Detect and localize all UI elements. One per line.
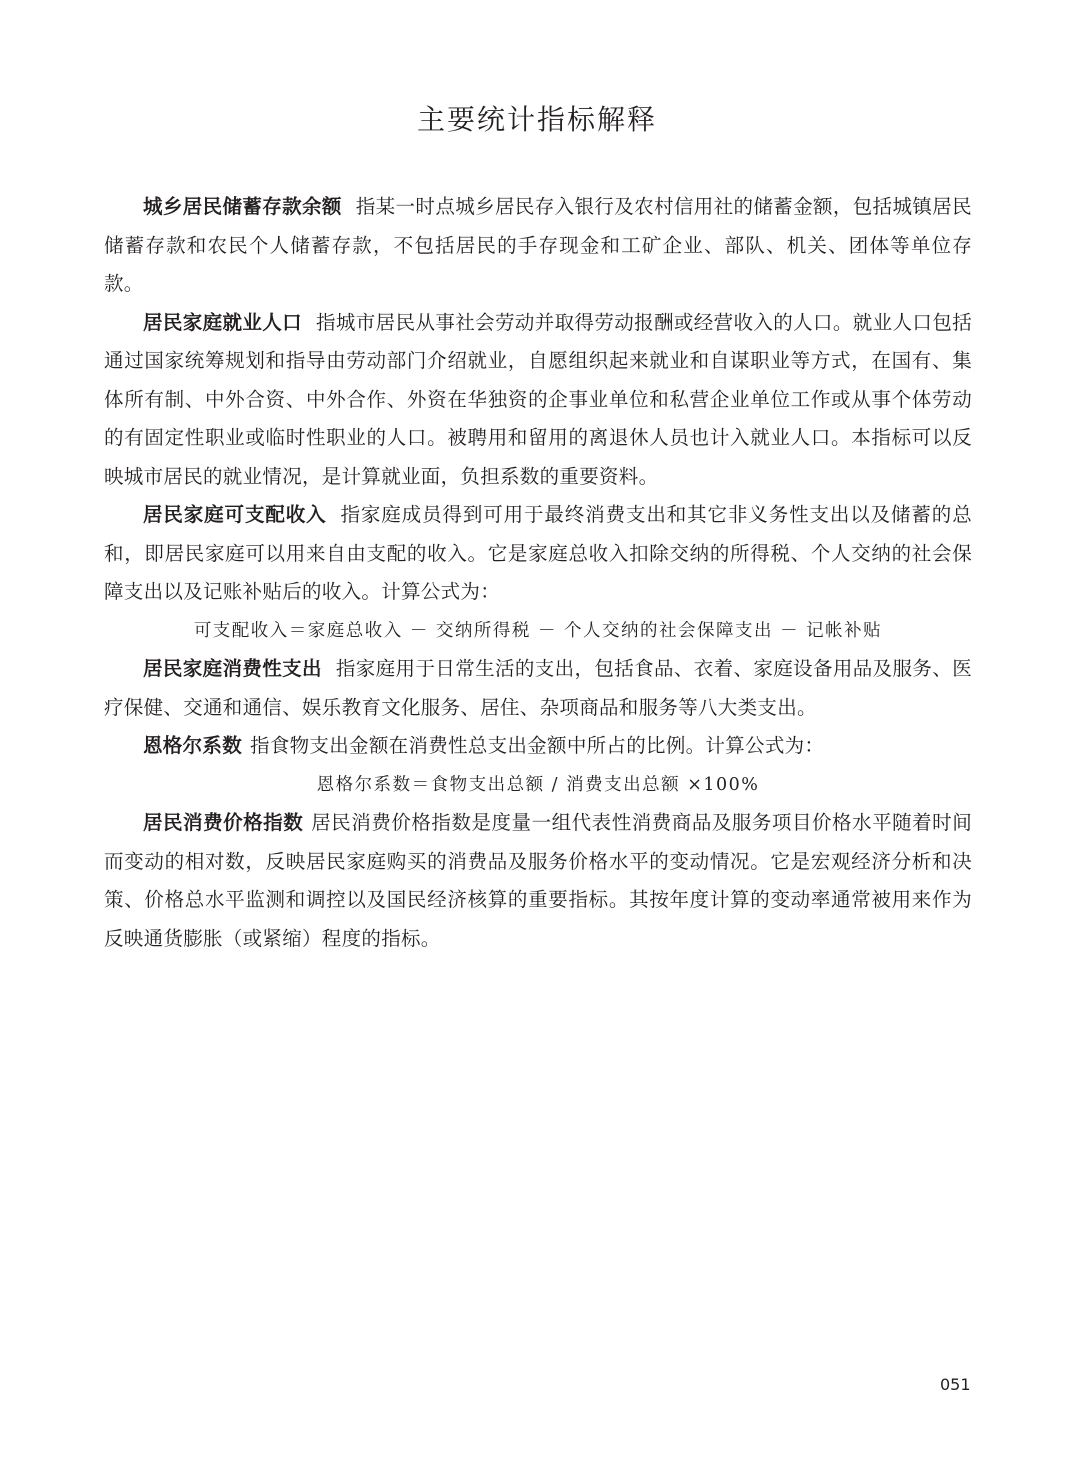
definition-consumption-expenditure: 居民家庭消费性支出指家庭用于日常生活的支出，包括食品、衣着、家庭设备用品及服务、… bbox=[104, 650, 972, 727]
page-number: 051 bbox=[940, 1375, 971, 1394]
term-label: 居民家庭消费性支出 bbox=[143, 657, 322, 680]
term-label: 恩格尔系数 bbox=[143, 734, 242, 757]
definitions-list: 城乡居民储蓄存款余额指某一时点城乡居民存入银行及农村信用社的储蓄金额，包括城镇居… bbox=[104, 188, 972, 958]
page-title: 主要统计指标解释 bbox=[0, 98, 1074, 138]
term-label: 城乡居民储蓄存款余额 bbox=[143, 195, 342, 218]
definition-employed-population: 居民家庭就业人口指城市居民从事社会劳动并取得劳动报酬或经营收入的人口。就业人口包… bbox=[104, 304, 972, 497]
definition-disposable-income: 居民家庭可支配收入指家庭成员得到可用于最终消费支出和其它非义务性支出以及储蓄的总… bbox=[104, 496, 972, 612]
term-label: 居民家庭就业人口 bbox=[143, 311, 302, 334]
definition-savings-deposits: 城乡居民储蓄存款余额指某一时点城乡居民存入银行及农村信用社的储蓄金额，包括城镇居… bbox=[104, 188, 972, 304]
definition-cpi: 居民消费价格指数居民消费价格指数是度量一组代表性消费商品及服务项目价格水平随着时… bbox=[104, 804, 972, 958]
definition-engel-coefficient: 恩格尔系数指食物支出金额在消费性总支出金额中所占的比例。计算公式为： bbox=[104, 727, 972, 766]
formula-engel-coefficient: 恩格尔系数＝食物支出总额 / 消费支出总额 ×100% bbox=[104, 766, 972, 805]
formula-disposable-income: 可支配收入＝家庭总收入 － 交纳所得税 － 个人交纳的社会保障支出 － 记帐补贴 bbox=[104, 612, 972, 651]
definition-text: 指食物支出金额在消费性总支出金额中所占的比例。计算公式为： bbox=[250, 734, 824, 757]
definition-text: 指城市居民从事社会劳动并取得劳动报酬或经营收入的人口。就业人口包括通过国家统筹规… bbox=[104, 311, 972, 488]
term-label: 居民家庭可支配收入 bbox=[143, 503, 327, 526]
term-label: 居民消费价格指数 bbox=[143, 811, 303, 834]
